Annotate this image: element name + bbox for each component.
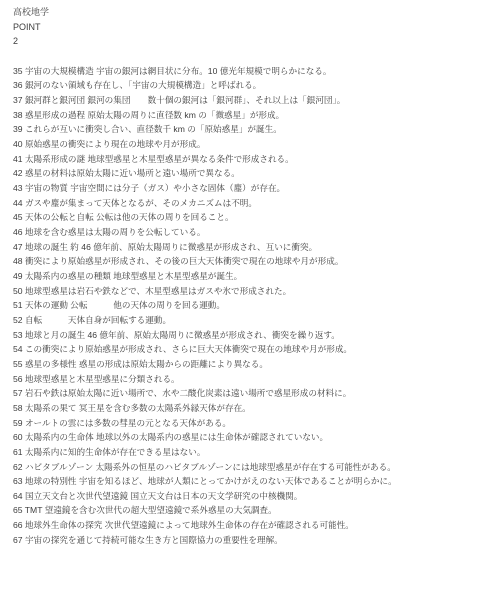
point-line: 44 ガスや塵が集まって天体となるが、そのメカニズムは不明。 (13, 196, 493, 211)
point-line: 37 銀河群と銀河団 銀河の集団 数十個の銀河は「銀河群」、それ以上は「銀河団」… (13, 93, 493, 108)
doc-point-label: POINT (13, 20, 493, 35)
points-list: 35 宇宙の大規模構造 宇宙の銀河は網目状に分布。10 億光年規模で明らかになる… (13, 64, 493, 548)
document-page: 高校地学 POINT 2 35 宇宙の大規模構造 宇宙の銀河は網目状に分布。10… (0, 0, 503, 600)
point-line: 38 惑星形成の過程 原始太陽の周りに直径数 km の「微惑星」が形成。 (13, 108, 493, 123)
point-line: 59 オールトの雲には多数の彗星の元となる天体がある。 (13, 416, 493, 431)
point-line: 56 地球型惑星と木星型惑星に分類される。 (13, 372, 493, 387)
point-line: 45 天体の公転と自転 公転は他の天体の周りを回ること。 (13, 210, 493, 225)
point-line: 40 原始惑星の衝突により現在の地球や月が形成。 (13, 137, 493, 152)
point-line: 52 自転 天体自身が回転する運動。 (13, 313, 493, 328)
point-line: 64 国立天文台と次世代望遠鏡 国立天文台は日本の天文学研究の中核機関。 (13, 489, 493, 504)
doc-page-number: 2 (13, 34, 493, 49)
point-line: 49 太陽系内の惑星の種類 地球型惑星と木星型惑星が誕生。 (13, 269, 493, 284)
point-line: 57 岩石や鉄は原始太陽に近い場所で、水や二酸化炭素は遠い場所で惑星形成の材料に… (13, 386, 493, 401)
point-line: 60 太陽系内の生命体 地球以外の太陽系内の惑星には生命体が確認されていない。 (13, 430, 493, 445)
point-line: 35 宇宙の大規模構造 宇宙の銀河は網目状に分布。10 億光年規模で明らかになる… (13, 64, 493, 79)
document-header: 高校地学 POINT 2 (13, 5, 493, 49)
point-line: 61 太陽系内に知的生命体が存在できる星はない。 (13, 445, 493, 460)
point-line: 53 地球と月の誕生 46 億年前、原始太陽周りに微惑星が形成され、衝突を繰り返… (13, 328, 493, 343)
point-line: 39 これらが互いに衝突し合い、直径数千 km の「原始惑星」が誕生。 (13, 122, 493, 137)
point-line: 41 太陽系形成の謎 地球型惑星と木星型惑星が異なる条件で形成される。 (13, 152, 493, 167)
doc-title: 高校地学 (13, 5, 493, 20)
point-line: 58 太陽系の果て 冥王星を含む多数の太陽系外縁天体が存在。 (13, 401, 493, 416)
point-line: 47 地球の誕生 約 46 億年前、原始太陽周りに微惑星が形成され、互いに衝突。 (13, 240, 493, 255)
point-line: 43 宇宙の物質 宇宙空間には分子（ガス）や小さな固体（塵）が存在。 (13, 181, 493, 196)
point-line: 51 天体の運動 公転 他の天体の周りを回る運動。 (13, 298, 493, 313)
point-line: 62 ハビタブルゾーン 太陽系外の恒星のハビタブルゾーンには地球型惑星が存在する… (13, 460, 493, 475)
point-line: 54 この衝突により原始惑星が形成され、さらに巨大天体衝突で現在の地球や月が形成… (13, 342, 493, 357)
point-line: 50 地球型惑星は岩石や鉄などで、木星型惑星はガスや氷で形成された。 (13, 284, 493, 299)
point-line: 65 TMT 望遠鏡を含む次世代の超大型望遠鏡で系外惑星の大気調査。 (13, 503, 493, 518)
point-line: 46 地球を含む惑星は太陽の周りを公転している。 (13, 225, 493, 240)
point-line: 67 宇宙の探究を通じて持続可能な生き方と国際協力の重要性を理解。 (13, 533, 493, 548)
point-line: 42 惑星の材料は原始太陽に近い場所と遠い場所で異なる。 (13, 166, 493, 181)
point-line: 36 銀河のない領域も存在し、「宇宙の大規模構造」と呼ばれる。 (13, 78, 493, 93)
point-line: 66 地球外生命体の探究 次世代望遠鏡によって地球外生命体の存在が確認される可能… (13, 518, 493, 533)
point-line: 63 地球の特別性 宇宙を知るほど、地球が人類にとってかけがえのない天体であるこ… (13, 474, 493, 489)
point-line: 48 衝突により原始惑星が形成され、その後の巨大天体衝突で現在の地球や月が形成。 (13, 254, 493, 269)
point-line: 55 惑星の多様性 惑星の形成は原始太陽からの距離により異なる。 (13, 357, 493, 372)
